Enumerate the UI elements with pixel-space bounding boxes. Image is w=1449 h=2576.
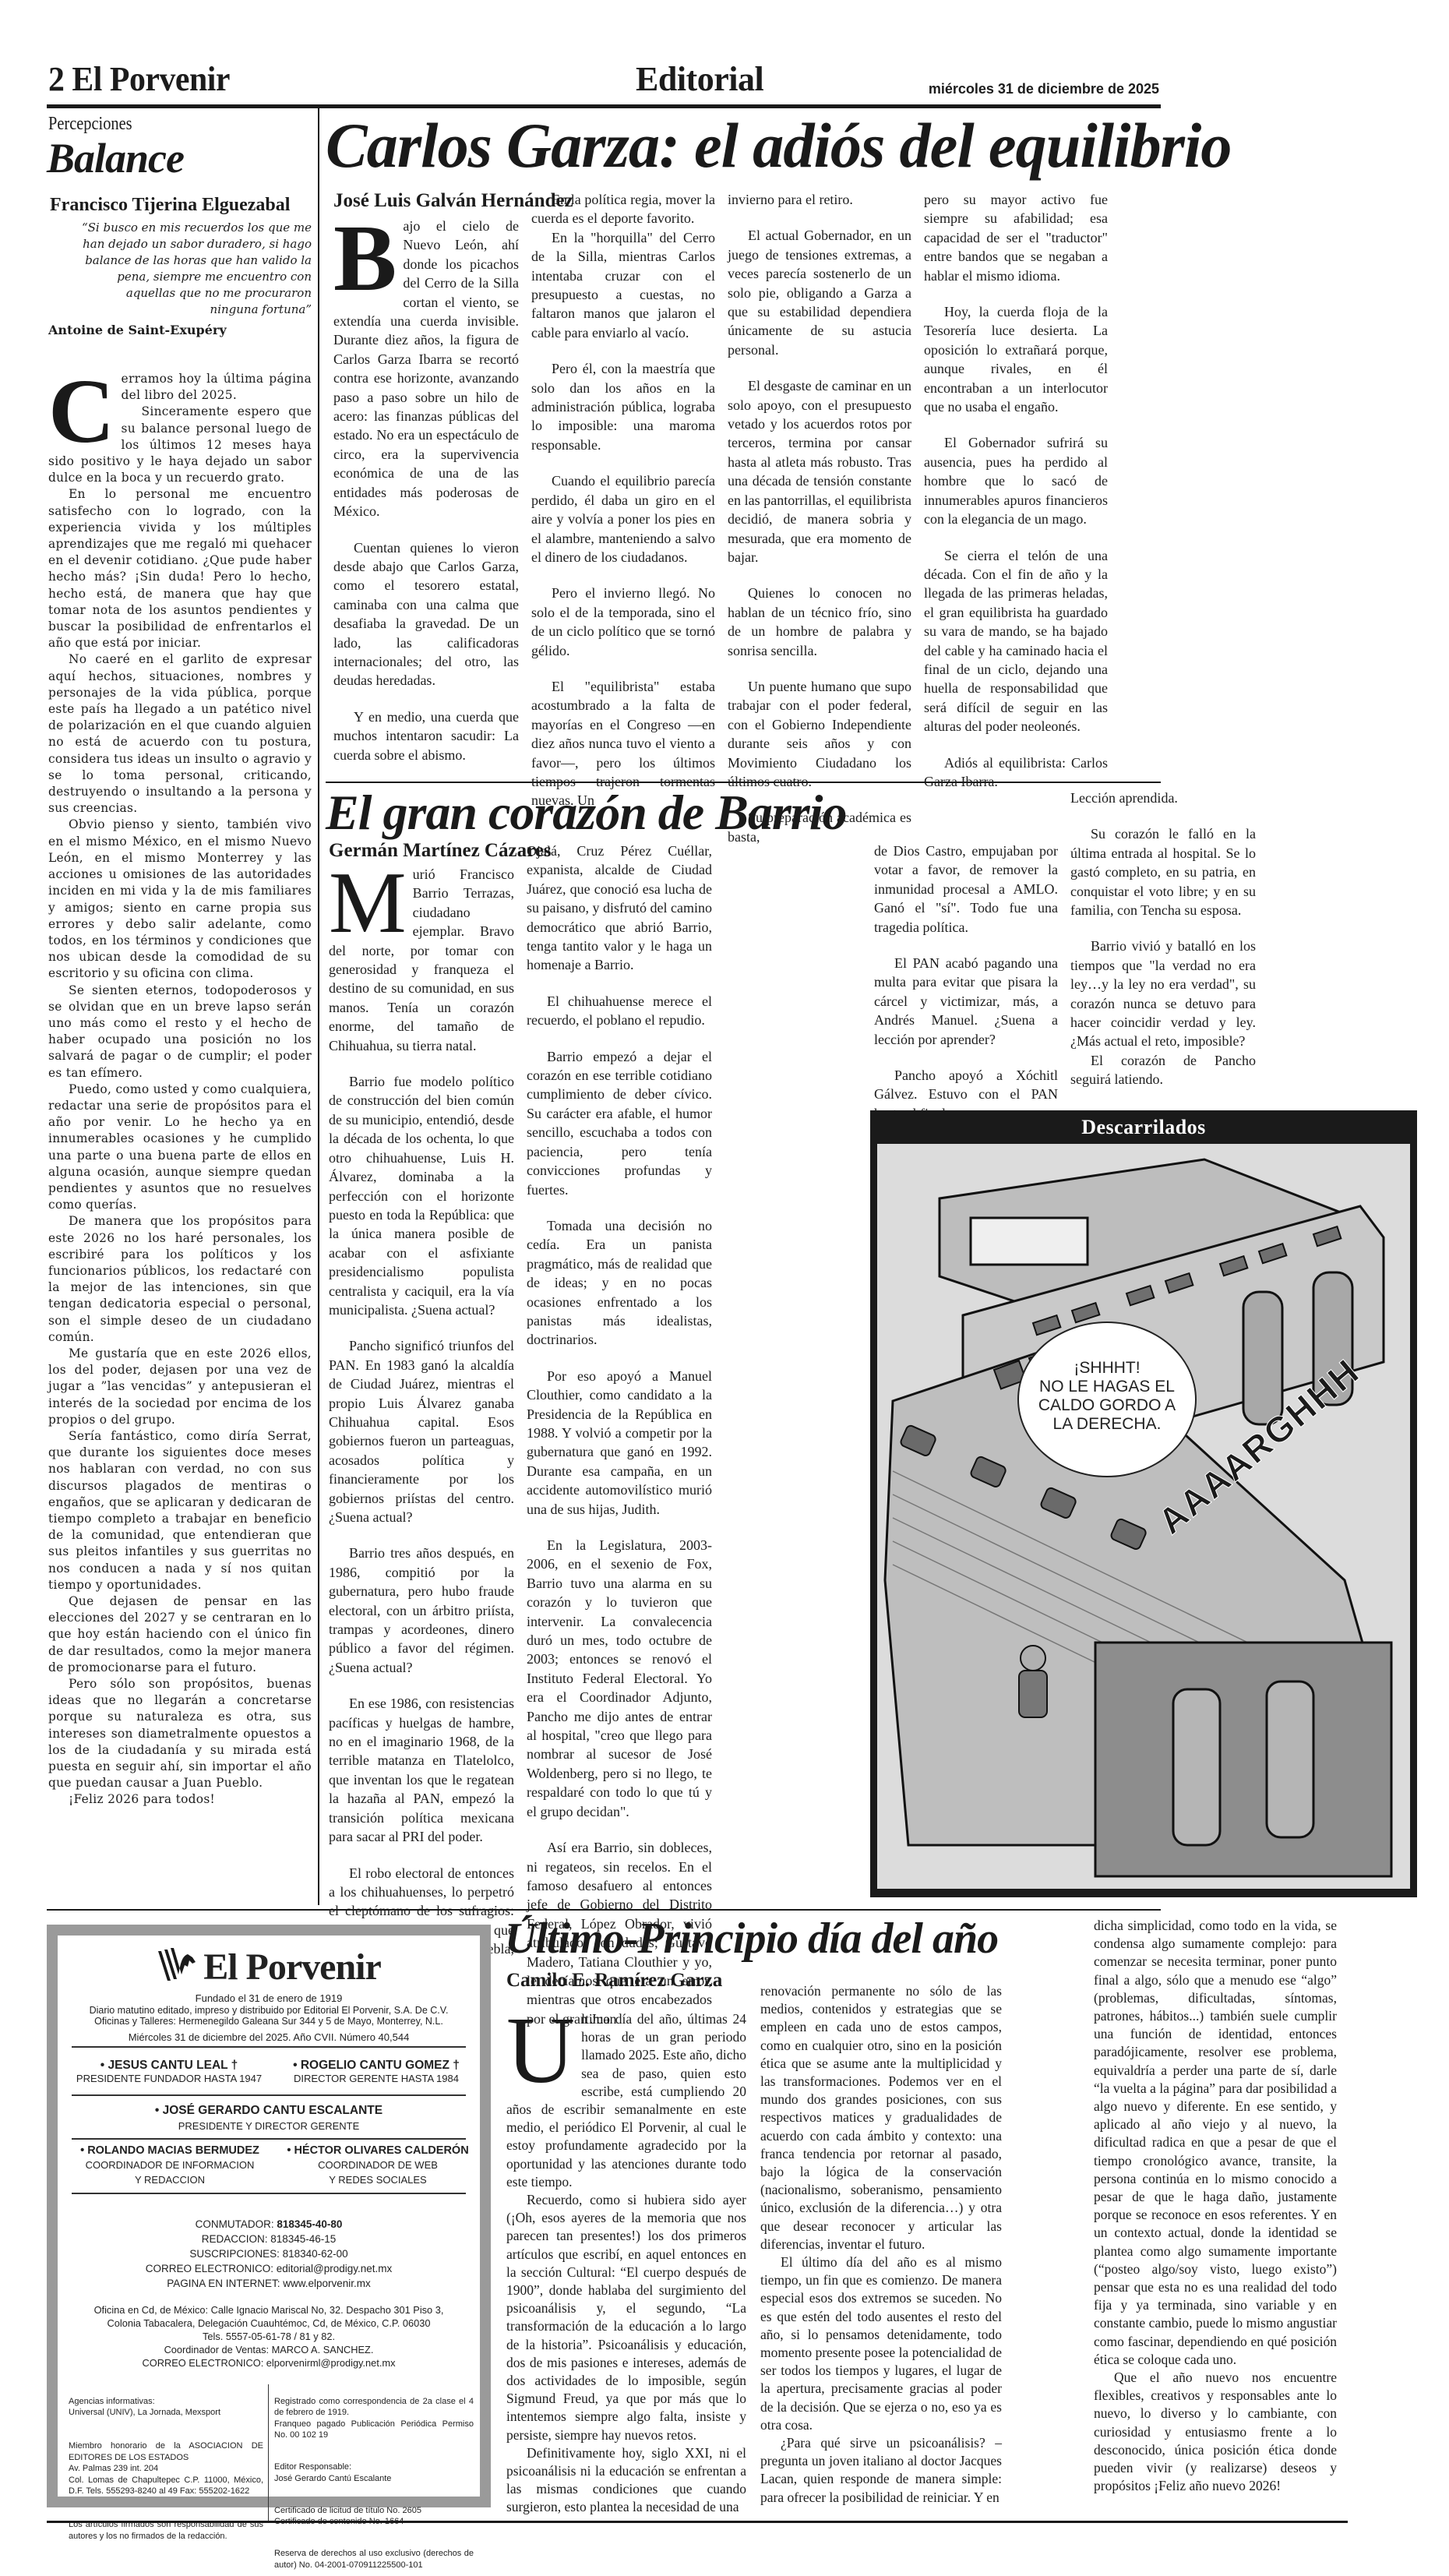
column-name: Percepciones bbox=[48, 114, 132, 135]
ultimo-col-3: dicha simplicidad, como todo en la vida,… bbox=[1094, 1917, 1337, 2517]
garza-col-4: pero su mayor activo fue siempre su afab… bbox=[924, 190, 1108, 595]
barrio-col-1: M urió Francisco Barrio Terrazas, ciudad… bbox=[329, 865, 514, 1901]
paragraph: Su corazón le falló en la última entrada… bbox=[1070, 824, 1256, 919]
paragraph: El corazón de Pancho seguirá latiendo. bbox=[1070, 1051, 1256, 1089]
paragraph: Barrio tres años después, en 1986, compi… bbox=[329, 1544, 514, 1677]
registration-info: Registrado como correspondencia de 2a cl… bbox=[274, 2384, 474, 2576]
deceased-cross-icon: † bbox=[231, 2059, 238, 2072]
mexico-office-email[interactable]: CORREO ELECTRONICO: elporvenirml@prodigy… bbox=[58, 2358, 480, 2369]
deceased-cross-icon: † bbox=[453, 2059, 460, 2072]
cartoon-illustration: ¡SHHHT! NO LE HAGAS EL CALDO GORDO A LA … bbox=[877, 1144, 1410, 1889]
paragraph: Barrio empezó a dejar el corazón en ese … bbox=[527, 1047, 712, 1199]
mexico-office-line: Colonia Tabacalera, Delegación Cuauhtémo… bbox=[58, 2318, 480, 2329]
person-name: JESUS CANTU LEAL bbox=[108, 2059, 227, 2072]
speech-line: LA DERECHA. bbox=[1019, 1415, 1195, 1434]
mexico-office-line: Oficina en Cd, de México: Calle Ignacio … bbox=[58, 2305, 480, 2316]
divider bbox=[72, 2094, 466, 2096]
barrio-col-3: de Dios Castro, empujaban por votar a fa… bbox=[874, 842, 1058, 1099]
divider bbox=[72, 2138, 466, 2140]
derailed-train-illustration bbox=[877, 1144, 1410, 1889]
issue-date: miércoles 31 de diciembre de 2025 bbox=[929, 81, 1159, 97]
paragraph: Cuando el equilibrio parecía perdido, él… bbox=[531, 471, 715, 566]
ultimo-col-2: renovación permanente no sólo de las med… bbox=[760, 1982, 1002, 2520]
page-bottom-rule bbox=[47, 2521, 1348, 2523]
staff-person: • JOSÉ GERARDO CANTU ESCALANTE PRESIDENT… bbox=[58, 2104, 480, 2132]
paragraph: Obvio pienso y siento, también vivo en e… bbox=[48, 817, 312, 982]
barrio-headline: El gran corazón de Barrio bbox=[326, 784, 846, 842]
paragraph: Sería fantástico, como diría Serrat, que… bbox=[48, 1428, 312, 1593]
person-name: ROLANDO MACIAS BERMUDEZ bbox=[87, 2144, 259, 2157]
contact-line: REDACCION: 818345-46-15 bbox=[58, 2234, 480, 2245]
staff-person: • ROGELIO CANTU GOMEZ † DIRECTOR GERENTE… bbox=[274, 2059, 478, 2084]
person-name: JOSÉ GERARDO CANTU ESCALANTE bbox=[163, 2104, 383, 2117]
edition-line: Miércoles 31 de diciembre del 2025. Año … bbox=[58, 2032, 480, 2043]
person-role: DIRECTOR GERENTE HASTA 1984 bbox=[274, 2073, 478, 2084]
speech-line: ¡SHHHT! bbox=[1019, 1359, 1195, 1378]
paragraph: Cuentan quienes lo vieron desde abajo qu… bbox=[333, 538, 519, 690]
person-role: PRESIDENTE Y DIRECTOR GERENTE bbox=[58, 2120, 480, 2132]
paragraph: En la política regia, mover la cuerda es… bbox=[531, 190, 715, 228]
divider bbox=[268, 2384, 269, 2523]
speech-line: NO LE HAGAS EL bbox=[1019, 1378, 1195, 1396]
person-role: COORDINADOR DE INFORMACION bbox=[69, 2159, 271, 2171]
paragraph: Pancho significó triunfos del PAN. En 19… bbox=[329, 1336, 514, 1526]
paragraph: Definitivamente hoy, siglo XXI, ni el ps… bbox=[506, 2444, 746, 2517]
horse-logo-icon bbox=[157, 1943, 197, 1984]
paragraph: El chihuahuense merece el recuerdo, el p… bbox=[527, 992, 712, 1030]
dropcap-c: C bbox=[48, 376, 115, 447]
paragraph: De manera que los propósitos para este 2… bbox=[48, 1213, 312, 1346]
staff-person: • HÉCTOR OLIVARES CALDERÓN COORDINADOR D… bbox=[276, 2144, 480, 2186]
paragraph: Lección aprendida. bbox=[1070, 789, 1256, 807]
paragraph: Puedo, como usted y como cualquiera, red… bbox=[48, 1082, 312, 1214]
paragraph: ¡Feliz 2026 para todos! bbox=[48, 1791, 312, 1808]
section-divider bbox=[326, 782, 1161, 783]
ultimo-headline: Último-Principio día del año bbox=[505, 1914, 998, 1964]
paragraph: En la Legislatura, 2003-2006, en el sexe… bbox=[527, 1536, 712, 1821]
cartoon-title: Descarrilados bbox=[873, 1113, 1415, 1142]
paragraph: Pero él, con la maestría que solo dan lo… bbox=[531, 359, 715, 454]
paragraph: Recuerdo, como si hubiera sido ayer (¡Oh… bbox=[506, 2191, 746, 2444]
paragraph: de Dios Castro, empujaban por votar a fa… bbox=[874, 842, 1058, 937]
logo-text: El Porvenir bbox=[203, 1946, 381, 1988]
left-column-divider bbox=[318, 108, 319, 1905]
paragraph: Tomada una decisión no cedía. Era un pan… bbox=[527, 1216, 712, 1350]
paragraph: En la "horquilla" del Cerro de la Silla,… bbox=[531, 228, 715, 342]
contact-email: CORREO ELECTRONICO: editorial@prodigy.ne… bbox=[58, 2264, 480, 2274]
paragraph: El actual Gobernador, en un juego de ten… bbox=[728, 226, 911, 359]
founded-line: Fundado el 31 de enero de 1919 bbox=[58, 1993, 480, 2004]
paragraph: renovación permanente no sólo de las med… bbox=[760, 1982, 1002, 2253]
mexico-office-line: Coordinador de Ventas: MARCO A. SANCHEZ. bbox=[58, 2345, 480, 2355]
paragraph: dicha simplicidad, como todo en la vida,… bbox=[1094, 1917, 1337, 2369]
publisher-line: Diario matutino editado, impreso y distr… bbox=[58, 2005, 480, 2016]
email-link[interactable]: editorial@prodigy.net.mx bbox=[277, 2263, 393, 2274]
dropcap-m: M bbox=[329, 870, 407, 937]
balance-title: Balance bbox=[47, 134, 184, 182]
divider bbox=[72, 2046, 466, 2048]
staff-person: • ROLANDO MACIAS BERMUDEZ COORDINADOR DE… bbox=[69, 2144, 271, 2186]
editorial-cartoon: Descarrilados bbox=[870, 1110, 1417, 1897]
paragraph: En lo personal me encuentro satisfecho c… bbox=[48, 486, 312, 651]
paragraph: Adiós al equilibrista: Carlos Garza Ibar… bbox=[924, 753, 1108, 792]
paragraph: Que dejasen de pensar en las elecciones … bbox=[48, 1593, 312, 1676]
ultimo-author: Camilo E. Ramírez Garza bbox=[506, 1970, 722, 1992]
paragraph: Barrio fue modelo político de construcci… bbox=[329, 1072, 514, 1319]
paragraph: invierno para el retiro. bbox=[728, 190, 911, 209]
paragraph: Se cierra el telón de una década. Con el… bbox=[924, 546, 1108, 736]
speech-bubble: ¡SHHHT! NO LE HAGAS EL CALDO GORDO A LA … bbox=[1017, 1322, 1197, 1477]
dropcap-b: B bbox=[333, 221, 397, 295]
garza-col-3: invierno para el retiro. El actual Gober… bbox=[728, 190, 911, 595]
epigraph-quote: “Si busco en mis recuerdos los que me ha… bbox=[81, 220, 312, 318]
paragraph: Por eso apoyó a Manuel Clouthier, como c… bbox=[527, 1367, 712, 1519]
paragraph: El último día del año es al mismo tiempo… bbox=[760, 2253, 1002, 2434]
mexico-office-line: Tels. 5557-05-61-78 / 81 y 82. bbox=[58, 2331, 480, 2342]
staff-box: El Porvenir Fundado el 31 de enero de 19… bbox=[47, 1925, 491, 2507]
paragraph: pero su mayor activo fue siempre su afab… bbox=[924, 190, 1108, 285]
paragraph: Hoy, la cuerda floja de la Tesorería luc… bbox=[924, 302, 1108, 416]
barrio-col-2: Ojalá, Cruz Pérez Cuéllar, expanista, al… bbox=[527, 842, 712, 1901]
paragraph: El desgaste de caminar en un solo apoyo,… bbox=[728, 376, 911, 566]
garza-col-2: En la política regia, mover la cuerda es… bbox=[531, 190, 715, 595]
paragraph: El PAN acabó pagando una multa para evit… bbox=[874, 954, 1058, 1049]
paragraph: Se sienten eternos, todopoderosos y se o… bbox=[48, 983, 312, 1082]
paragraph: El Gobernador sufrirá su ausencia, pues … bbox=[924, 433, 1108, 528]
person-role: PRESIDENTE FUNDADOR HASTA 1947 bbox=[64, 2073, 274, 2084]
paragraph: Barrio vivió y batalló en los tiempos qu… bbox=[1070, 937, 1256, 1050]
staff-person: • JESUS CANTU LEAL † PRESIDENTE FUNDADOR… bbox=[64, 2059, 274, 2084]
divider bbox=[72, 2193, 466, 2194]
person-name: ROGELIO CANTU GOMEZ bbox=[301, 2059, 450, 2072]
dropcap-u: U bbox=[506, 2013, 575, 2087]
ultimo-col-1: U ltimo día del año, últimas 24 horas de… bbox=[506, 2010, 746, 2517]
offices-line: Oficinas y Talleres: Hermenegildo Galean… bbox=[58, 2016, 480, 2027]
paragraph: Me gustaría que en este 2026 ellos, los … bbox=[48, 1346, 312, 1428]
paragraph: Un puente humano que supo trabajar con e… bbox=[728, 677, 911, 791]
garza-col-1: B ajo el cielo de Nuevo León, ahí donde … bbox=[333, 217, 519, 575]
paragraph: Ojalá, Cruz Pérez Cuéllar, expanista, al… bbox=[527, 842, 712, 975]
contact-line: CONMUTADOR: 818345-40-80 bbox=[58, 2219, 480, 2230]
garza-headline: Carlos Garza: el adiós del equilibrio bbox=[326, 109, 1232, 182]
paragraph: Pero el invierno llegó. No solo el de la… bbox=[531, 584, 715, 660]
paragraph: Que el año nuevo nos encuentre flexibles… bbox=[1094, 2369, 1337, 2495]
paragraph: ¿Para qué sirve un psicoanálisis? –pregu… bbox=[760, 2434, 1002, 2507]
person-name: HÉCTOR OLIVARES CALDERÓN bbox=[294, 2144, 468, 2157]
balance-body: C erramos hoy la última página del libro… bbox=[48, 371, 312, 1898]
masthead-rule bbox=[47, 104, 1161, 108]
barrio-col-4: Lección aprendida. Su corazón le falló e… bbox=[1070, 789, 1256, 1100]
person-role: Y REDACCION bbox=[69, 2174, 271, 2186]
section-title: Editorial bbox=[636, 59, 763, 99]
agencies-info: Agencias informativas: Universal (UNIV),… bbox=[69, 2384, 263, 2553]
speech-line: CALDO GORDO A bbox=[1019, 1396, 1195, 1415]
person-role: Y REDES SOCIALES bbox=[276, 2174, 480, 2186]
paragraph: Quienes lo conocen no hablan de un técni… bbox=[728, 584, 911, 660]
epigraph-author: Antoine de Saint-Exupéry bbox=[48, 323, 227, 337]
website-link[interactable]: www.elporvenir.mx bbox=[283, 2278, 371, 2289]
paragraph: Pero sólo son propósitos, buenas ideas q… bbox=[48, 1676, 312, 1791]
contact-website: PAGINA EN INTERNET: www.elporvenir.mx bbox=[58, 2278, 480, 2289]
section-divider bbox=[47, 1909, 1161, 1911]
paragraph: Y en medio, una cuerda que muchos intent… bbox=[333, 708, 519, 764]
page-number-and-paper-name: 2 El Porvenir bbox=[48, 59, 230, 99]
paper-logo: El Porvenir bbox=[58, 1943, 480, 1988]
paragraph: En ese 1986, con resistencias pacíficas … bbox=[329, 1694, 514, 1846]
paragraph: No caeré en el garlito de expresar aquí … bbox=[48, 651, 312, 817]
contact-line: SUSCRIPCIONES: 818340-62-00 bbox=[58, 2249, 480, 2260]
balance-author: Francisco Tijerina Elguezabal bbox=[50, 195, 290, 216]
person-role: COORDINADOR DE WEB bbox=[276, 2159, 480, 2171]
